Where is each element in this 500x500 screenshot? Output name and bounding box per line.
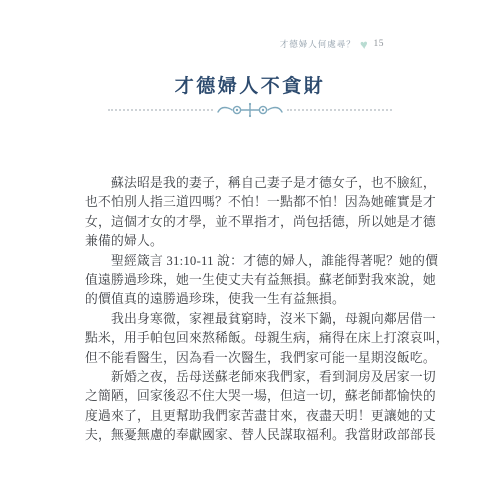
body-line: 值遠勝過珍珠，她一生使丈夫有益無損。蘇老師對我來說，她 bbox=[85, 271, 453, 290]
body-line: 也不怕別人指三道四嗎？不怕！一點都不怕！因為她確實是才 bbox=[85, 193, 453, 212]
body-line: 新婚之夜，岳母送蘇老師來我們家，看到洞房及居家一切 bbox=[85, 368, 453, 387]
body-line: 兼備的婦人。 bbox=[85, 232, 453, 251]
body-line: 我出身寒微，家裡最貧窮時，沒米下鍋，母親向鄰居借一 bbox=[85, 310, 453, 329]
body-line: 點米，用手帕包回來熬稀飯。母親生病，痛得在床上打滾哀叫， bbox=[85, 329, 453, 348]
divider-dotted-line-left bbox=[108, 109, 213, 111]
body-line: 之簡陋，回家後忍不住大哭一場，但這一切，蘇老師都愉快的 bbox=[85, 387, 453, 406]
body-line: 但不能看醫生，因為看一次醫生，我們家可能一星期沒飯吃。 bbox=[85, 349, 453, 368]
running-header: 才德婦人何處尋？ ♥ 15 bbox=[280, 37, 384, 51]
body-line: 女，這個才女的才學，並不單指才，尚包括德，所以她是才德 bbox=[85, 213, 453, 232]
body-line: 夫，無憂無慮的奉獻國家、替人民謀取福利。我當財政部部長 bbox=[85, 426, 453, 445]
body-line: 度過來了，且更幫助我們家苦盡甘來，夜盡天明！更讓她的丈 bbox=[85, 407, 453, 426]
section-divider bbox=[108, 101, 392, 119]
heart-icon: ♥ bbox=[359, 37, 368, 51]
scroll-flourish-icon bbox=[215, 101, 285, 119]
body-line: 的價值真的遠勝過珍珠，使我一生有益無損。 bbox=[85, 290, 453, 309]
chapter-title: 才德婦人不貪財 bbox=[0, 71, 500, 98]
divider-dotted-line-right bbox=[287, 109, 392, 111]
book-page: 才德婦人何處尋？ ♥ 15 才德婦人不貪財 蘇法昭是我的妻 bbox=[0, 0, 500, 500]
body-line: 聖經箴言 31:10-11 說：才德的婦人，誰能得著呢？她的價 bbox=[85, 252, 453, 271]
body-line: 蘇法昭是我的妻子，稱自己妻子是才德女子，也不臉紅， bbox=[85, 174, 453, 193]
page-number: 15 bbox=[374, 39, 385, 49]
running-title: 才德婦人何處尋？ bbox=[280, 38, 356, 50]
body-text: 蘇法昭是我的妻子，稱自己妻子是才德女子，也不臉紅， 也不怕別人指三道四嗎？不怕！… bbox=[85, 174, 453, 445]
